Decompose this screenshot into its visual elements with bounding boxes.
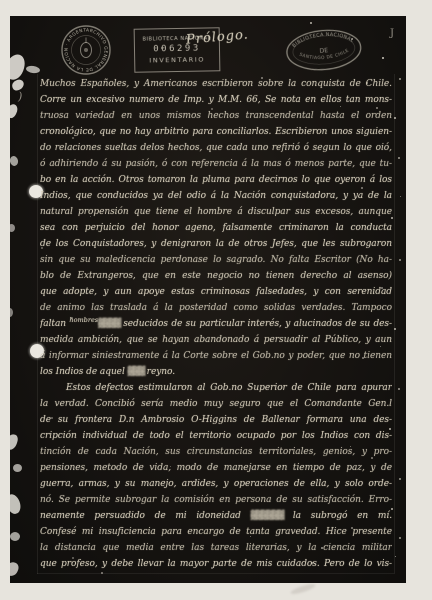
manuscript-text: Confesé mi insuficiencia para encargo de… (40, 527, 392, 537)
torn-edge-blotch (10, 102, 20, 119)
margin-rule-left (37, 74, 38, 574)
manuscript-text: la subrogó en mí. (283, 511, 392, 521)
margin-rule-bottom (37, 573, 394, 574)
corner-j-mark: J (390, 28, 394, 39)
round-archive-seal: ARCHIVO GENERAL DE LA NACION · ARGENTINA… (60, 24, 112, 80)
manuscript-line: Estos defectos estimularon al Gob.no Sup… (40, 380, 392, 396)
torn-edge-blotch (10, 433, 19, 452)
oval-stamp-center-text: DE (319, 47, 328, 55)
manuscript-line: blo de Extrangeros, que en este negocio … (40, 268, 392, 284)
manuscript-line: medida ambición, que se hayan abandonado… (40, 332, 392, 348)
manuscript-text: truosa variedad en unos mismos hechos tr… (40, 111, 392, 121)
manuscript-line: sea con perjuicio del honor ageno, falsa… (40, 220, 392, 236)
manuscript-line: á informar siniestramente á la Corte sob… (40, 348, 392, 364)
manuscript-line: faltan hombres▓▓▓▓ seducidos de su parti… (40, 316, 392, 332)
manuscript-text: de animo las traslada á la posteridad co… (40, 303, 392, 313)
manuscript-line: neamente persuadido de mi idoneidad ▓▓▓▓… (40, 508, 392, 524)
paper-smudge (290, 582, 317, 596)
seal-coat-of-arms-icon: ARCHIVO GENERAL DE LA NACION · ARGENTINA… (60, 24, 112, 76)
manuscript-line: los Indios de aquel ▓▓▓ reyno. (40, 364, 392, 380)
manuscript-line: que profeso, y debe llevar la mayor part… (40, 556, 392, 572)
manuscript-line: la verdad. Concibió sería medio muy segu… (40, 396, 392, 412)
dust-specks (10, 16, 11, 17)
manuscript-text: á informar siniestramente á la Corte sob… (40, 351, 392, 361)
manuscript-text: medida ambición, que se hayan abandonado… (40, 335, 392, 345)
manuscript-text: faltan (40, 319, 69, 329)
torn-edge-blotch (10, 224, 15, 232)
manuscript-lines: Muchos Españoles, y Americanos escribier… (40, 76, 392, 572)
manuscript-text: seducidos de su particular interés, y al… (120, 319, 392, 329)
manuscript-line: truosa variedad en unos mismos hechos tr… (40, 108, 392, 124)
interlinear-correction: hombres (69, 316, 98, 324)
manuscript-line: tinción de cada Nación, sus circunstanci… (40, 444, 392, 460)
manuscript-text: Muchos Españoles, y Americanos escribier… (40, 79, 392, 89)
scribbled-out-word: ▓▓▓▓▓▓ (251, 511, 284, 521)
manuscript-line: de su frontera D.n Ambrosio O-Higgins de… (40, 412, 392, 428)
manuscript-text: de su frontera D.n Ambrosio O-Higgins de… (40, 415, 392, 425)
manuscript-text: que adopte, y aun apoye estas criminosas… (40, 287, 392, 297)
manuscript-line: nó. Se permite subrogar la comisión en p… (40, 492, 392, 508)
torn-edge-blotch (10, 560, 20, 577)
torn-edge-blotch (10, 308, 13, 317)
manuscript-line: que adopte, y aun apoye estas criminosas… (40, 284, 392, 300)
manuscript-line: Muchos Españoles, y Americanos escribier… (40, 76, 392, 92)
manuscript-text: que profeso, y debe llevar la mayor part… (40, 559, 392, 569)
margin-rule-right (394, 74, 395, 574)
manuscript-text: cripción individual de todo el territori… (40, 431, 392, 441)
margin-paren-mark: ) (18, 90, 22, 103)
torn-edge-blotch (26, 65, 41, 74)
manuscript-line: guerra, armas, y su manejo, ardides, y o… (40, 476, 392, 492)
manuscript-line: de animo las traslada á la posteridad co… (40, 300, 392, 316)
manuscript-text: Estos defectos estimularon al Gob.no Sup… (66, 383, 392, 393)
manuscript-line: de los Conquistadores, y denigraron la d… (40, 236, 392, 252)
manuscript-text: sin que su maledicencia perdonase lo sag… (40, 255, 392, 265)
page-background: { "colors": { "paper": "#e7e4dd", "photo… (0, 0, 432, 600)
manuscript-text: do relaciones sueltas delos hechos, que … (40, 143, 392, 153)
scribbled-out-word: ▓▓▓▓ (98, 319, 120, 329)
inventory-stamp-label: INVENTARIO (149, 56, 205, 65)
manuscript-line: sin que su maledicencia perdonase lo sag… (40, 252, 392, 268)
manuscript-line: do relaciones sueltas delos hechos, que … (40, 140, 392, 156)
photograph: ARCHIVO GENERAL DE LA NACION · ARGENTINA… (10, 16, 406, 583)
manuscript-text: ó adhiriendo á su pasión, ó con referenc… (40, 159, 392, 169)
manuscript-text: neamente persuadido de mi idoneidad (40, 511, 251, 521)
torn-edge-blotch (10, 52, 27, 82)
manuscript-text: los Indios de aquel (40, 367, 128, 377)
manuscript-text: la distancia que media entre las tareas … (40, 543, 392, 553)
torn-edge-blotch (10, 493, 22, 516)
manuscript-line: la distancia que media entre las tareas … (40, 540, 392, 556)
manuscript-text: blo de Extrangeros, que en este negocio … (40, 271, 392, 281)
manuscript-text: cronológico, que no hay arbitrio para co… (40, 127, 392, 137)
torn-edge-blotch (10, 155, 19, 166)
manuscript-line: bo en la acción. Otros tomaron la pluma … (40, 172, 392, 188)
manuscript-line: cronológico, que no hay arbitrio para co… (40, 124, 392, 140)
manuscript-text: bo en la acción. Otros tomaron la pluma … (40, 175, 392, 185)
manuscript-line: Indios, que conducidos ya del odio á la … (40, 188, 392, 204)
manuscript-text: reyno. (144, 367, 175, 377)
torn-edge-blotch (13, 464, 22, 472)
manuscript-text: guerra, armas, y su manejo, ardides, y o… (40, 479, 392, 489)
manuscript-line: Confesé mi insuficiencia para encargo de… (40, 524, 392, 540)
manuscript-text: de los Conquistadores, y denigraron la d… (40, 239, 392, 249)
manuscript-line: ó adhiriendo á su pasión, ó con referenc… (40, 156, 392, 172)
scribbled-out-word: ▓▓▓ (128, 367, 144, 377)
manuscript-text: natural propensión que tiene el hombre á… (40, 207, 392, 217)
manuscript-text: nó. Se permite subrogar la comisión en p… (40, 495, 392, 505)
manuscript-text: pensiones, metodo de vida, modo de manej… (40, 463, 392, 473)
manuscript-line: cripción individual de todo el territori… (40, 428, 392, 444)
manuscript-text: Indios, que conducidos ya del odio á la … (40, 191, 392, 201)
manuscript-line: Corre un excesivo numero de Imp. y M.M. … (40, 92, 392, 108)
manuscript-line: pensiones, metodo de vida, modo de manej… (40, 460, 392, 476)
manuscript-line: natural propensión que tiene el hombre á… (40, 204, 392, 220)
manuscript-text: Corre un excesivo numero de Imp. y M.M. … (40, 95, 392, 105)
torn-edge-blotch (10, 532, 20, 541)
manuscript-text: la verdad. Concibió sería medio muy segu… (40, 399, 392, 409)
manuscript-text: tinción de cada Nación, sus circunstanci… (40, 447, 392, 457)
manuscript-text: sea con perjuicio del honor ageno, falsa… (40, 223, 392, 233)
oval-library-stamp: BIBLIOTECA NACIONAL SANTIAGO DE CHILE DE (280, 22, 368, 81)
